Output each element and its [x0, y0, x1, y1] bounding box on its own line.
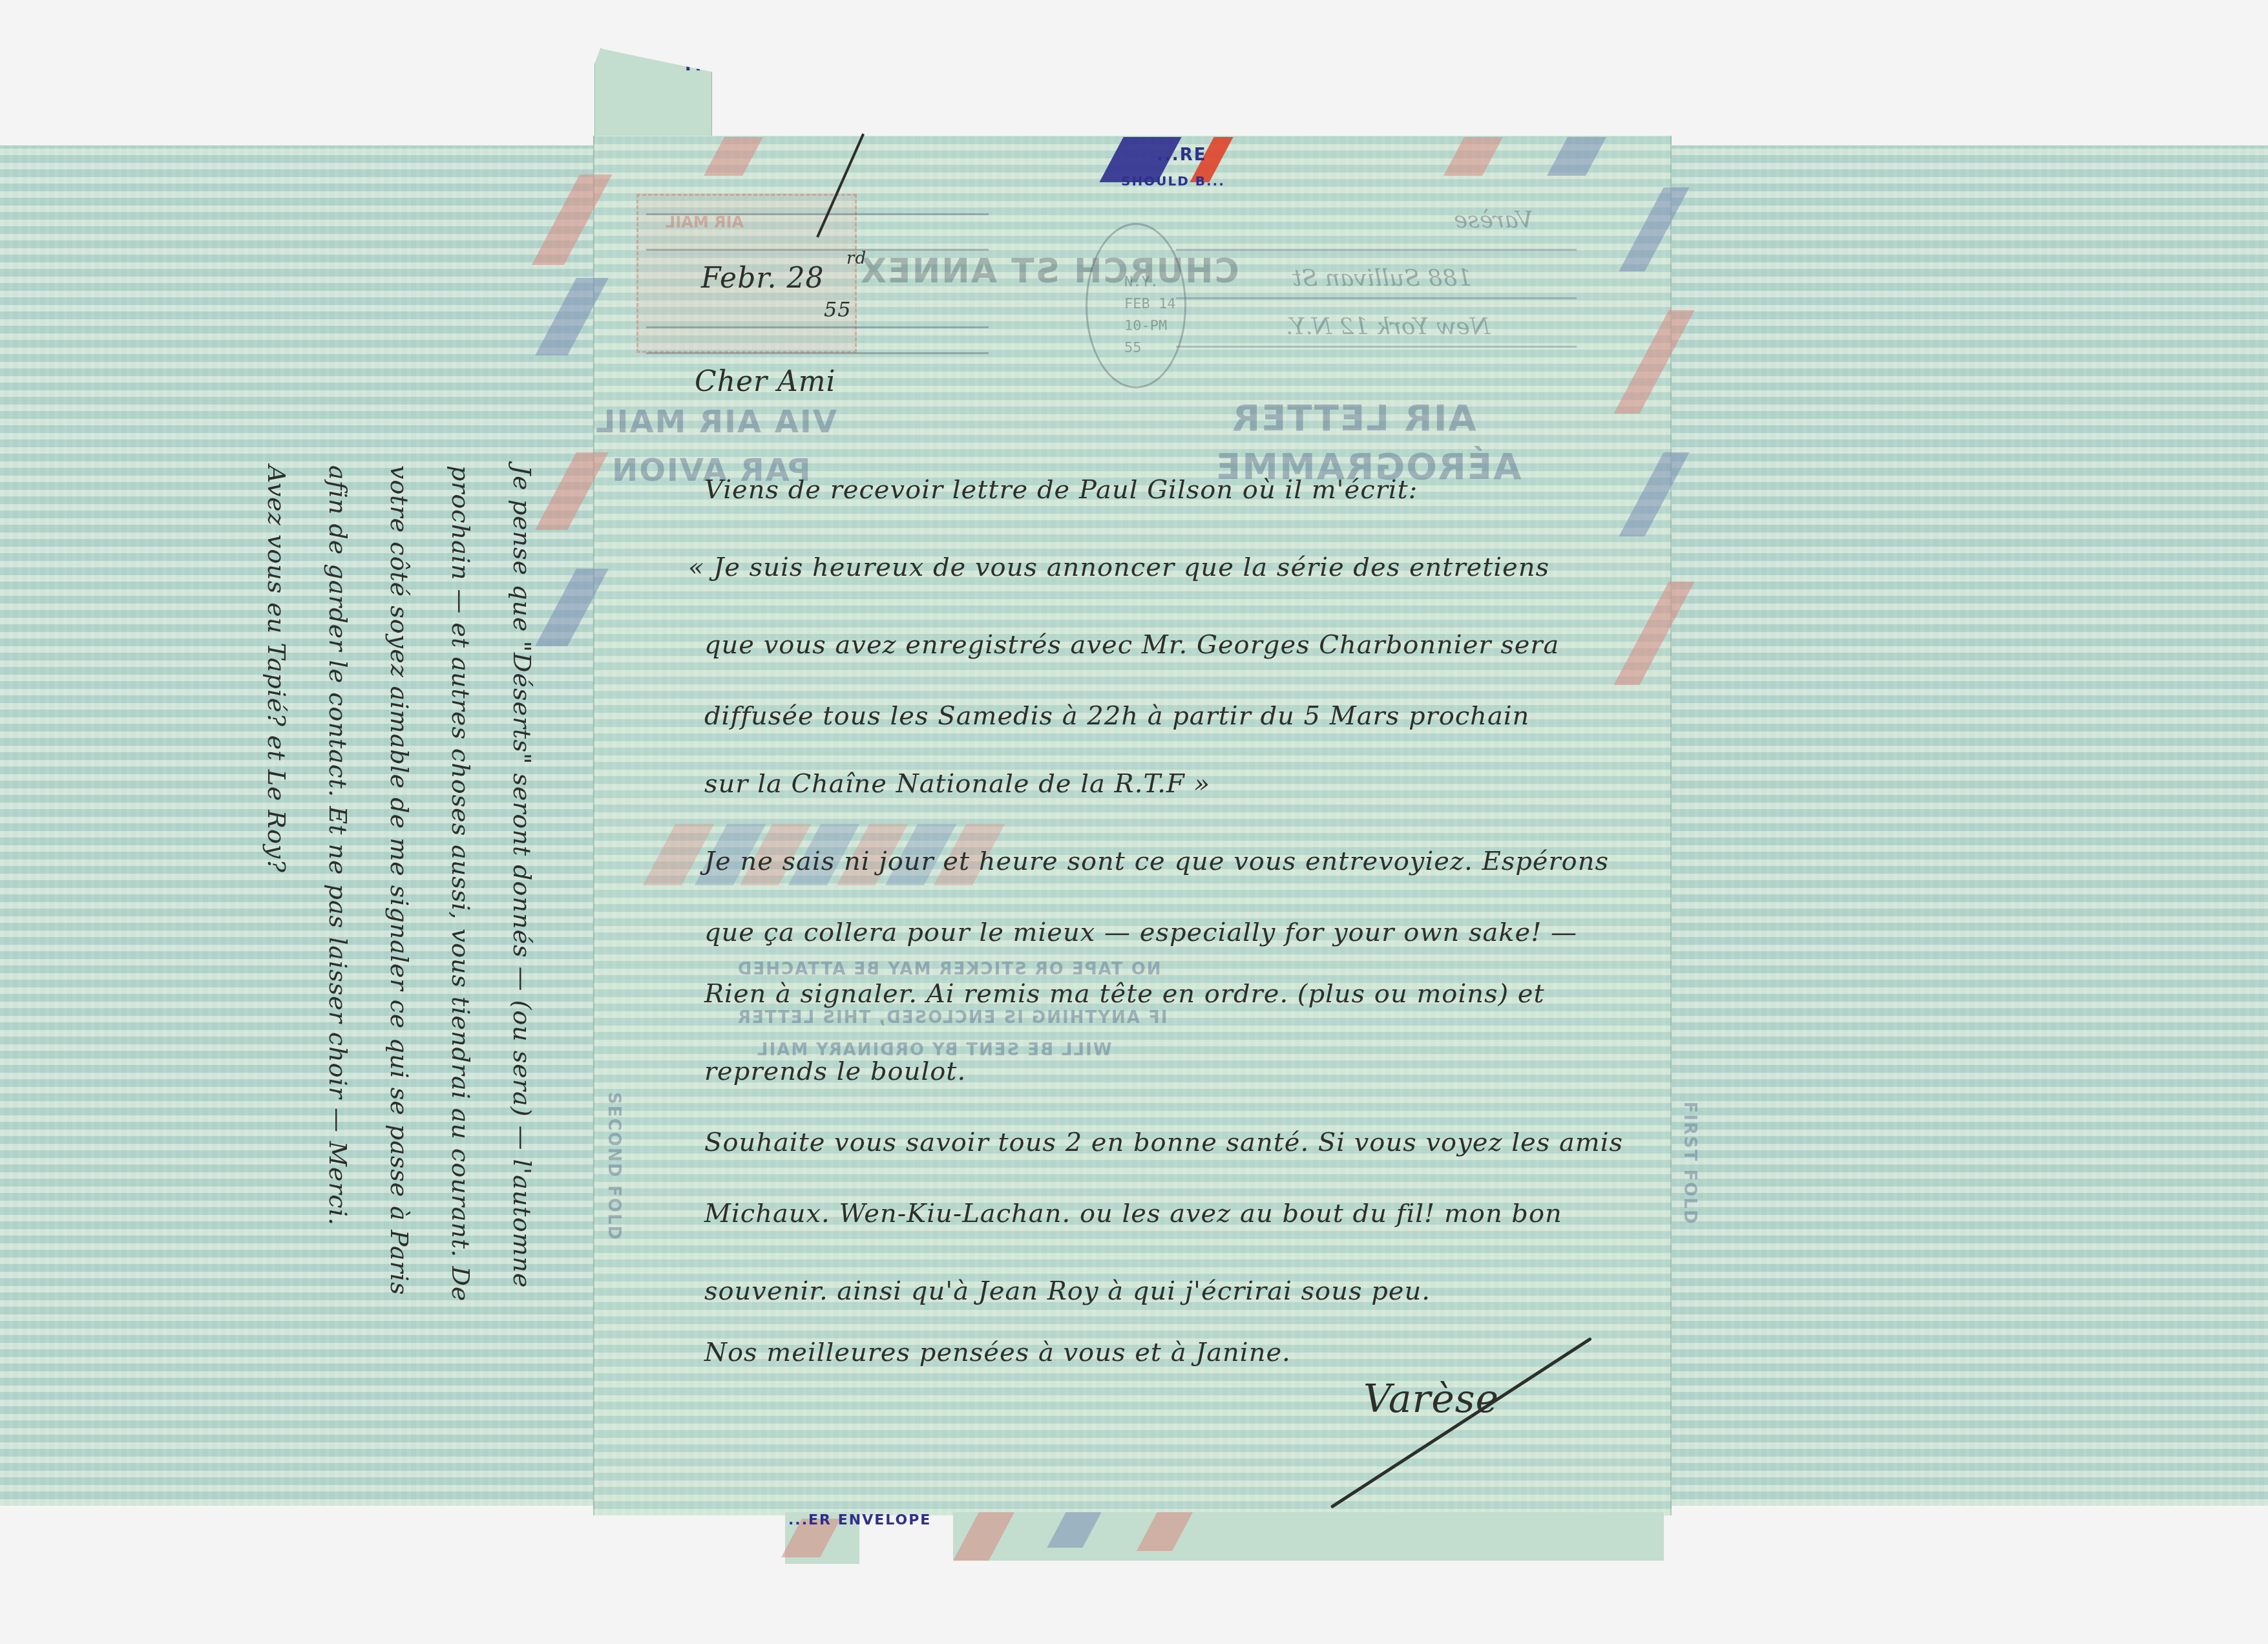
- postmark-line: 10-PM: [1124, 315, 1175, 337]
- letter-date-suffix: rd: [846, 249, 866, 268]
- address-line-1: Varèse: [1454, 207, 1533, 233]
- cancel-line: [646, 352, 989, 354]
- postmark-text: N.Y. FEB 14 10-PM 55: [1124, 271, 1175, 359]
- bottom-torn-strip: [953, 1512, 1664, 1561]
- letter-line: Michaux. Wen-Kiu-Lachan. ou les avez au …: [704, 1199, 1562, 1228]
- signature: Varèse: [1363, 1376, 1499, 1422]
- airmail-stripe: [953, 1512, 1014, 1561]
- second-fold-label: SECOND FOLD: [604, 1092, 624, 1241]
- side-note-line: afin de garder le contact. Et ne pas lai…: [324, 465, 352, 1226]
- letter-line: « Je suis heureux de vous annoncer que l…: [688, 553, 1549, 582]
- letter-line: Nos meilleures pensées à vous et à Janin…: [704, 1338, 1291, 1367]
- cancel-line: [646, 326, 989, 328]
- airmail-stripe: [1137, 1512, 1193, 1551]
- cancel-line: [646, 249, 989, 251]
- flap-top-text: TH: [682, 56, 711, 75]
- letter-line: reprends le boulot.: [704, 1057, 966, 1086]
- right-panel: [1667, 145, 2268, 1506]
- cancel-line: [646, 213, 989, 215]
- air-letter-label: AIR LETTER: [1231, 397, 1476, 439]
- airmail-stripe: [1047, 1512, 1101, 1548]
- address-line: [1176, 297, 1577, 299]
- letter-line: Je ne sais ni jour et heure sont ce que …: [704, 847, 1609, 876]
- address-line: [1176, 346, 1577, 348]
- left-panel: [0, 145, 594, 1506]
- warning-line-1: NO TAPE OR STICKER MAY BE ATTACHED: [737, 960, 1160, 979]
- letter-date: Febr. 28: [701, 262, 824, 295]
- side-note-line: votre côté soyez aimable de me signaler …: [385, 465, 414, 1295]
- address-line: [1176, 249, 1577, 251]
- letter-line: que ça collera pour le mieux — especiall…: [704, 918, 1577, 947]
- warning-line-2: IF ANYTHING IS ENCLOSED, THIS LETTER: [737, 1008, 1167, 1027]
- bottom-tab-text: ...ER ENVELOPE: [788, 1512, 931, 1528]
- salutation: Cher Ami: [695, 365, 836, 398]
- side-note-line: prochain — et autres choses aussi, vous …: [446, 465, 475, 1301]
- letter-year: 55: [824, 297, 852, 322]
- letter-line: diffusée tous les Samedis à 22h à partir…: [704, 701, 1529, 731]
- address-line-2: 188 Sullivan St: [1292, 265, 1472, 291]
- first-fold-label: FIRST FOLD: [1680, 1102, 1699, 1225]
- side-note-line: Avez vous eu Tapié? et Le Roy?: [262, 465, 291, 873]
- via-air-mail-label: VIA AIR MAIL: [594, 404, 837, 440]
- letter-line: que vous avez enregistrés avec Mr. Georg…: [704, 630, 1559, 660]
- stamp-text: AIR MAIL: [666, 213, 744, 231]
- letter-line: Souhaite vous savoir tous 2 en bonne san…: [704, 1128, 1623, 1157]
- letter-line: Viens de recevoir lettre de Paul Gilson …: [704, 475, 1418, 505]
- letter-line: souvenir. ainsi qu'à Jean Roy à qui j'éc…: [704, 1276, 1431, 1306]
- postmark-line: 55: [1124, 337, 1175, 359]
- postmark-line: N.Y.: [1124, 271, 1175, 293]
- postmark-line: FEB 14: [1124, 293, 1175, 315]
- address-line-3: New York 12 N.Y.: [1286, 313, 1490, 340]
- letter-line: Rien à signaler. Ai remis ma tête en ord…: [704, 979, 1545, 1009]
- side-note-line: Je pense que "Déserts" seront donnés — (…: [508, 465, 536, 1289]
- letter-line: sur la Chaîne Nationale de la R.T.F »: [704, 769, 1210, 799]
- flap-corner-text: ...RE: [1157, 145, 1206, 165]
- flap-lower-text: SHOULD B...: [1121, 173, 1225, 189]
